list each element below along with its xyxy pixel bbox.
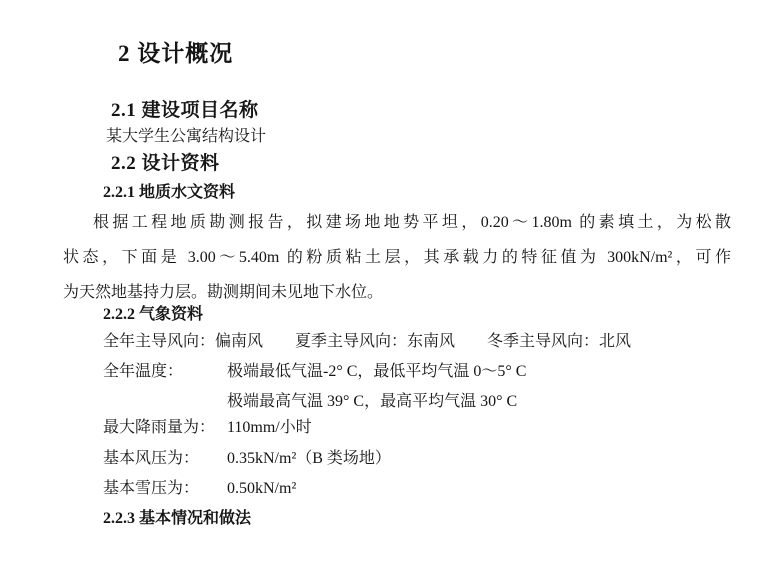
basic-wind-pressure-label: 基本风压为： — [103, 449, 227, 469]
wind-direction-text: 全年主导风向：偏南风 夏季主导风向：东南风 冬季主导风向：北风 — [103, 332, 631, 352]
basic-snow-pressure-row: 基本雪压为： 0.50kN/m² — [103, 479, 743, 499]
max-rainfall-row: 最大降雨量为： 110mm/小时 — [103, 418, 743, 438]
basic-snow-pressure-value: 0.50kN/m² — [227, 479, 296, 499]
annual-temperature-row-2: 极端最高气温 39° C，最高平均气温 30° C — [103, 392, 743, 412]
annual-temperature-low-value: 极端最低气温-2° C，最低平均气温 0～5° C — [227, 362, 526, 382]
annual-temperature-row: 全年温度： 极端最低气温-2° C，最低平均气温 0～5° C — [103, 362, 743, 382]
section-heading-2-2-3: 2.2.3 基本情况和做法 — [103, 509, 251, 529]
geology-paragraph-line-3: 为天然地基持力层。勘测期间未见地下水位。 — [63, 283, 731, 303]
annual-temperature-label: 全年温度： — [103, 362, 227, 382]
section-heading-2-2-2: 2.2.2 气象资料 — [103, 305, 203, 325]
document-page: 2 设计概况 2.1 建设项目名称 某大学生公寓结构设计 2.2 设计资料 2.… — [0, 0, 780, 585]
section-heading-2-2: 2.2 设计资料 — [111, 152, 220, 176]
annual-temperature-empty-label — [103, 392, 227, 412]
chapter-heading: 2 设计概况 — [118, 40, 233, 69]
section-heading-2-1: 2.1 建设项目名称 — [111, 99, 259, 123]
max-rainfall-label: 最大降雨量为： — [103, 418, 227, 438]
wind-direction-line: 全年主导风向：偏南风 夏季主导风向：东南风 冬季主导风向：北风 — [103, 332, 743, 352]
max-rainfall-value: 110mm/小时 — [227, 418, 312, 438]
basic-wind-pressure-row: 基本风压为： 0.35kN/m²（B 类场地） — [103, 449, 743, 469]
basic-snow-pressure-label: 基本雪压为： — [103, 479, 227, 499]
project-name-text: 某大学生公寓结构设计 — [106, 127, 266, 147]
geology-paragraph-line-1: 根据工程地质勘测报告，拟建场地地势平坦，0.20～1.80m 的素填土，为松散 — [63, 213, 731, 233]
geology-paragraph-line-2: 状态，下面是 3.00～5.40m 的粉质粘土层，其承载力的特征值为 300kN… — [63, 248, 731, 268]
basic-wind-pressure-value: 0.35kN/m²（B 类场地） — [227, 449, 391, 469]
annual-temperature-high-value: 极端最高气温 39° C，最高平均气温 30° C — [227, 392, 517, 412]
section-heading-2-2-1: 2.2.1 地质水文资料 — [103, 183, 235, 203]
